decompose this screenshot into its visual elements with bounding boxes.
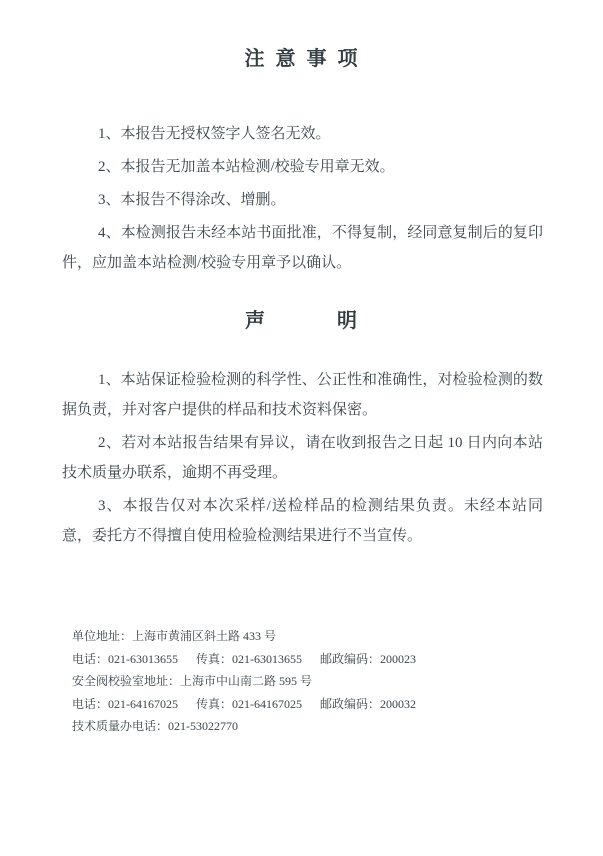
statement-title: 声 明 bbox=[62, 304, 543, 333]
footer-phone: 电话：021-64167025 bbox=[72, 693, 178, 716]
notice-item: 3、本报告不得涂改、增删。 bbox=[62, 185, 543, 215]
notice-item: 4、本检测报告未经本站书面批准，不得复制，经同意复制后的复印件，应加盖本站检测/… bbox=[62, 218, 543, 278]
statement-item: 1、本站保证检验检测的科学性、公正性和准确性，对检验检测的数据负责，并对客户提供… bbox=[62, 365, 543, 425]
footer-line: 电话：021-63013655 传真：021-63013655 邮政编码：200… bbox=[72, 648, 563, 671]
statement-item: 2、若对本站报告结果有异议，请在收到报告之日起 10 日内向本站技术质量办联系，… bbox=[62, 428, 543, 488]
footer-phone: 电话：021-63013655 bbox=[72, 648, 178, 671]
notice-title: 注 意 事 项 bbox=[62, 42, 543, 71]
notice-section: 1、本报告无授权签字人签名无效。 2、本报告无加盖本站检测/校验专用章无效。 3… bbox=[62, 119, 543, 278]
notice-item: 1、本报告无授权签字人签名无效。 bbox=[62, 119, 543, 149]
document-content: 注 意 事 项 1、本报告无授权签字人签名无效。 2、本报告无加盖本站检测/校验… bbox=[62, 42, 543, 554]
statement-item: 3、本报告仅对本次采样/送检样品的检测结果负责。未经本站同意，委托方不得擅自使用… bbox=[62, 491, 543, 551]
footer-postcode: 邮政编码：200023 bbox=[320, 648, 416, 671]
footer-quality-office-phone: 技术质量办电话：021-53022770 bbox=[72, 715, 238, 738]
statement-section: 1、本站保证检验检测的科学性、公正性和准确性，对检验检测的数据负责，并对客户提供… bbox=[62, 365, 543, 551]
notice-item: 2、本报告无加盖本站检测/校验专用章无效。 bbox=[62, 152, 543, 182]
contact-footer: 单位地址：上海市黄浦区斜土路 433 号 电话：021-63013655 传真：… bbox=[72, 625, 563, 738]
footer-postcode: 邮政编码：200032 bbox=[320, 693, 416, 716]
footer-line: 安全阀校验室地址：上海市中山南二路 595 号 bbox=[72, 670, 563, 693]
footer-fax: 传真：021-63013655 bbox=[196, 648, 302, 671]
footer-line: 电话：021-64167025 传真：021-64167025 邮政编码：200… bbox=[72, 693, 563, 716]
footer-fax: 传真：021-64167025 bbox=[196, 693, 302, 716]
footer-line: 技术质量办电话：021-53022770 bbox=[72, 715, 563, 738]
document-page: 注 意 事 项 1、本报告无授权签字人签名无效。 2、本报告无加盖本站检测/校验… bbox=[0, 0, 603, 856]
footer-line: 单位地址：上海市黄浦区斜土路 433 号 bbox=[72, 625, 563, 648]
footer-valve-room-address: 安全阀校验室地址：上海市中山南二路 595 号 bbox=[72, 670, 312, 693]
footer-address: 单位地址：上海市黄浦区斜土路 433 号 bbox=[72, 625, 276, 648]
